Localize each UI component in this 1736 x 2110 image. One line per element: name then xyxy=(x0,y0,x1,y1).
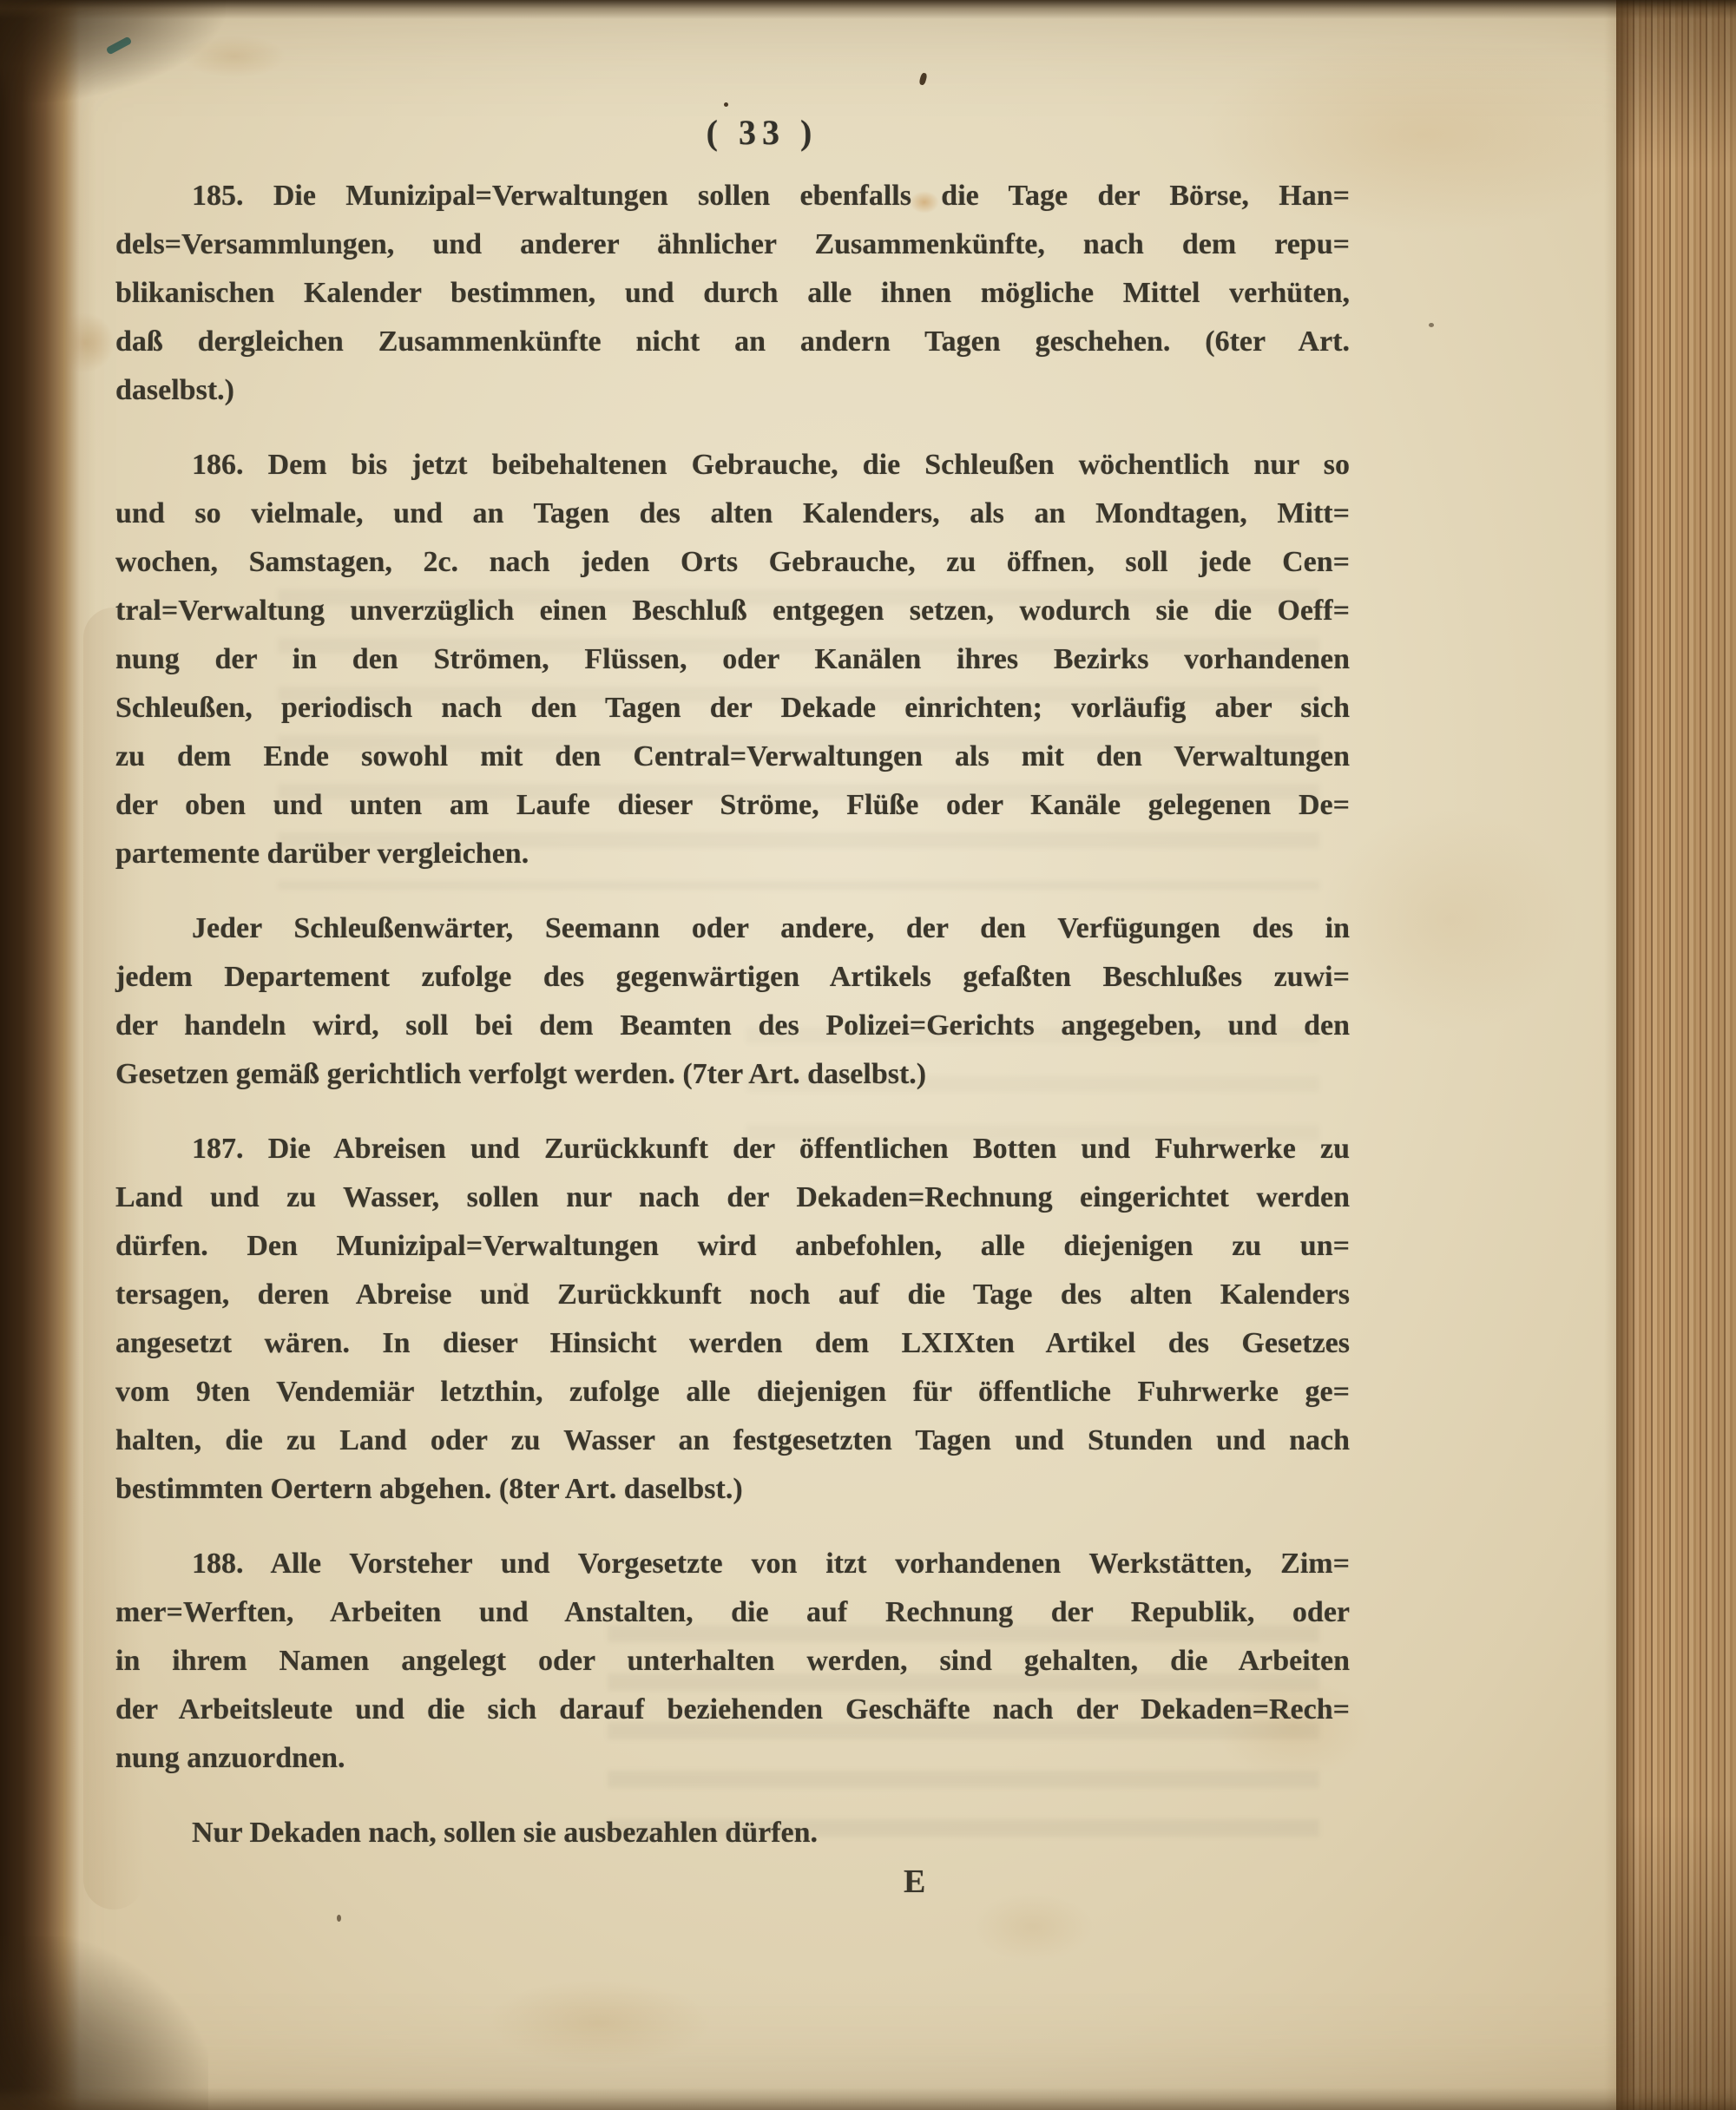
signature-mark-row: E xyxy=(115,1857,1350,1906)
text-line: partemente darüber vergleichen. xyxy=(115,830,1350,878)
foxing-stain xyxy=(486,1979,712,2066)
signature-mark: E xyxy=(115,1857,1350,1906)
page-number: ( 33 ) xyxy=(145,113,1379,153)
text-line: 186. Dem bis jetzt beibehaltenen Gebrauc… xyxy=(115,441,1350,490)
ink-speck xyxy=(337,1915,341,1922)
text-line: nung anzuordnen. xyxy=(115,1734,1350,1783)
text-line: der oben und unten am Laufe dieser Ström… xyxy=(115,781,1350,830)
text-line: Land und zu Wasser, sollen nur nach der … xyxy=(115,1173,1350,1222)
text-line: dels=Versammlungen, und anderer ähnliche… xyxy=(115,220,1350,269)
text-line: vom 9ten Vendemiär letzthin, zufolge all… xyxy=(115,1368,1350,1417)
text-line: Gesetzen gemäß gerichtlich verfolgt werd… xyxy=(115,1050,1350,1099)
text-line: der handeln wird, soll bei dem Beamten d… xyxy=(115,1002,1350,1050)
text-line: zu dem Ende sowohl mit den Central=Verwa… xyxy=(115,733,1350,781)
text-line: Schleußen, periodisch nach den Tagen der… xyxy=(115,684,1350,733)
text-line: daß dergleichen Zusammenkünfte nicht an … xyxy=(115,318,1350,366)
text-line: der Arbeitsleute und die sich darauf bez… xyxy=(115,1686,1350,1734)
text-line: 185. Die Munizipal=Verwaltungen sollen e… xyxy=(115,172,1350,220)
spine-corner-bottom xyxy=(0,1936,208,2110)
text-line: bestimmten Oertern abgehen. (8ter Art. d… xyxy=(115,1465,1350,1514)
paragraph-schleussenwaerter: Jeder Schleußenwärter, Seemann oder ande… xyxy=(115,904,1350,1099)
paragraphs-host: 185. Die Munizipal=Verwaltungen sollen e… xyxy=(115,172,1350,1857)
text-block: ( 33 ) 185. Die Munizipal=Verwaltungen s… xyxy=(115,113,1350,1906)
text-line: Nur Dekaden nach, sollen sie ausbezahlen… xyxy=(115,1809,1350,1857)
text-line: nung der in den Strömen, Flüssen, oder K… xyxy=(115,635,1350,684)
text-line: 188. Alle Vorsteher und Vorgesetzte von … xyxy=(115,1540,1350,1588)
text-line: Jeder Schleußenwärter, Seemann oder ande… xyxy=(115,904,1350,953)
text-line: jedem Departement zufolge des gegenwärti… xyxy=(115,953,1350,1002)
closing-sentence: Nur Dekaden nach, sollen sie ausbezahlen… xyxy=(115,1809,1350,1857)
book-bottom-edge xyxy=(0,2087,1736,2110)
text-line: wochen, Samstagen, 2c. nach jeden Orts G… xyxy=(115,538,1350,587)
text-line: und so vielmale, und an Tagen des alten … xyxy=(115,490,1350,538)
book-fore-edge-pages xyxy=(1616,0,1736,2110)
book-top-edge xyxy=(0,0,1736,19)
text-line: daselbst.) xyxy=(115,366,1350,415)
article-186: 186. Dem bis jetzt beibehaltenen Gebrauc… xyxy=(115,441,1350,878)
ink-speck xyxy=(724,102,728,107)
ink-speck xyxy=(1429,323,1434,327)
text-line: dürfen. Den Munizipal=Verwaltungen wird … xyxy=(115,1222,1350,1271)
text-line: angesetzt wären. In dieser Hinsicht werd… xyxy=(115,1319,1350,1368)
text-line: blikanischen Kalender bestimmen, und dur… xyxy=(115,269,1350,318)
article-187: 187. Die Abreisen und Zurückkunft der öf… xyxy=(115,1125,1350,1514)
article-185: 185. Die Munizipal=Verwaltungen sollen e… xyxy=(115,172,1350,415)
text-line: in ihrem Namen angelegt oder unterhalten… xyxy=(115,1637,1350,1686)
book-page-scan: { "document": { "page_number": "33", "pa… xyxy=(0,0,1736,2110)
book-spine-shadow xyxy=(0,0,95,2110)
text-line: 187. Die Abreisen und Zurückkunft der öf… xyxy=(115,1125,1350,1173)
article-188: 188. Alle Vorsteher und Vorgesetzte von … xyxy=(115,1540,1350,1783)
foxing-stain xyxy=(1319,807,1580,1033)
text-line: halten, die zu Land oder zu Wasser an fe… xyxy=(115,1417,1350,1465)
text-line: tersagen, deren Abreise und Zurückkunft … xyxy=(115,1271,1350,1319)
text-line: tral=Verwaltung unverzüglich einen Besch… xyxy=(115,587,1350,635)
text-line: mer=Werften, Arbeiten und Anstalten, die… xyxy=(115,1588,1350,1637)
